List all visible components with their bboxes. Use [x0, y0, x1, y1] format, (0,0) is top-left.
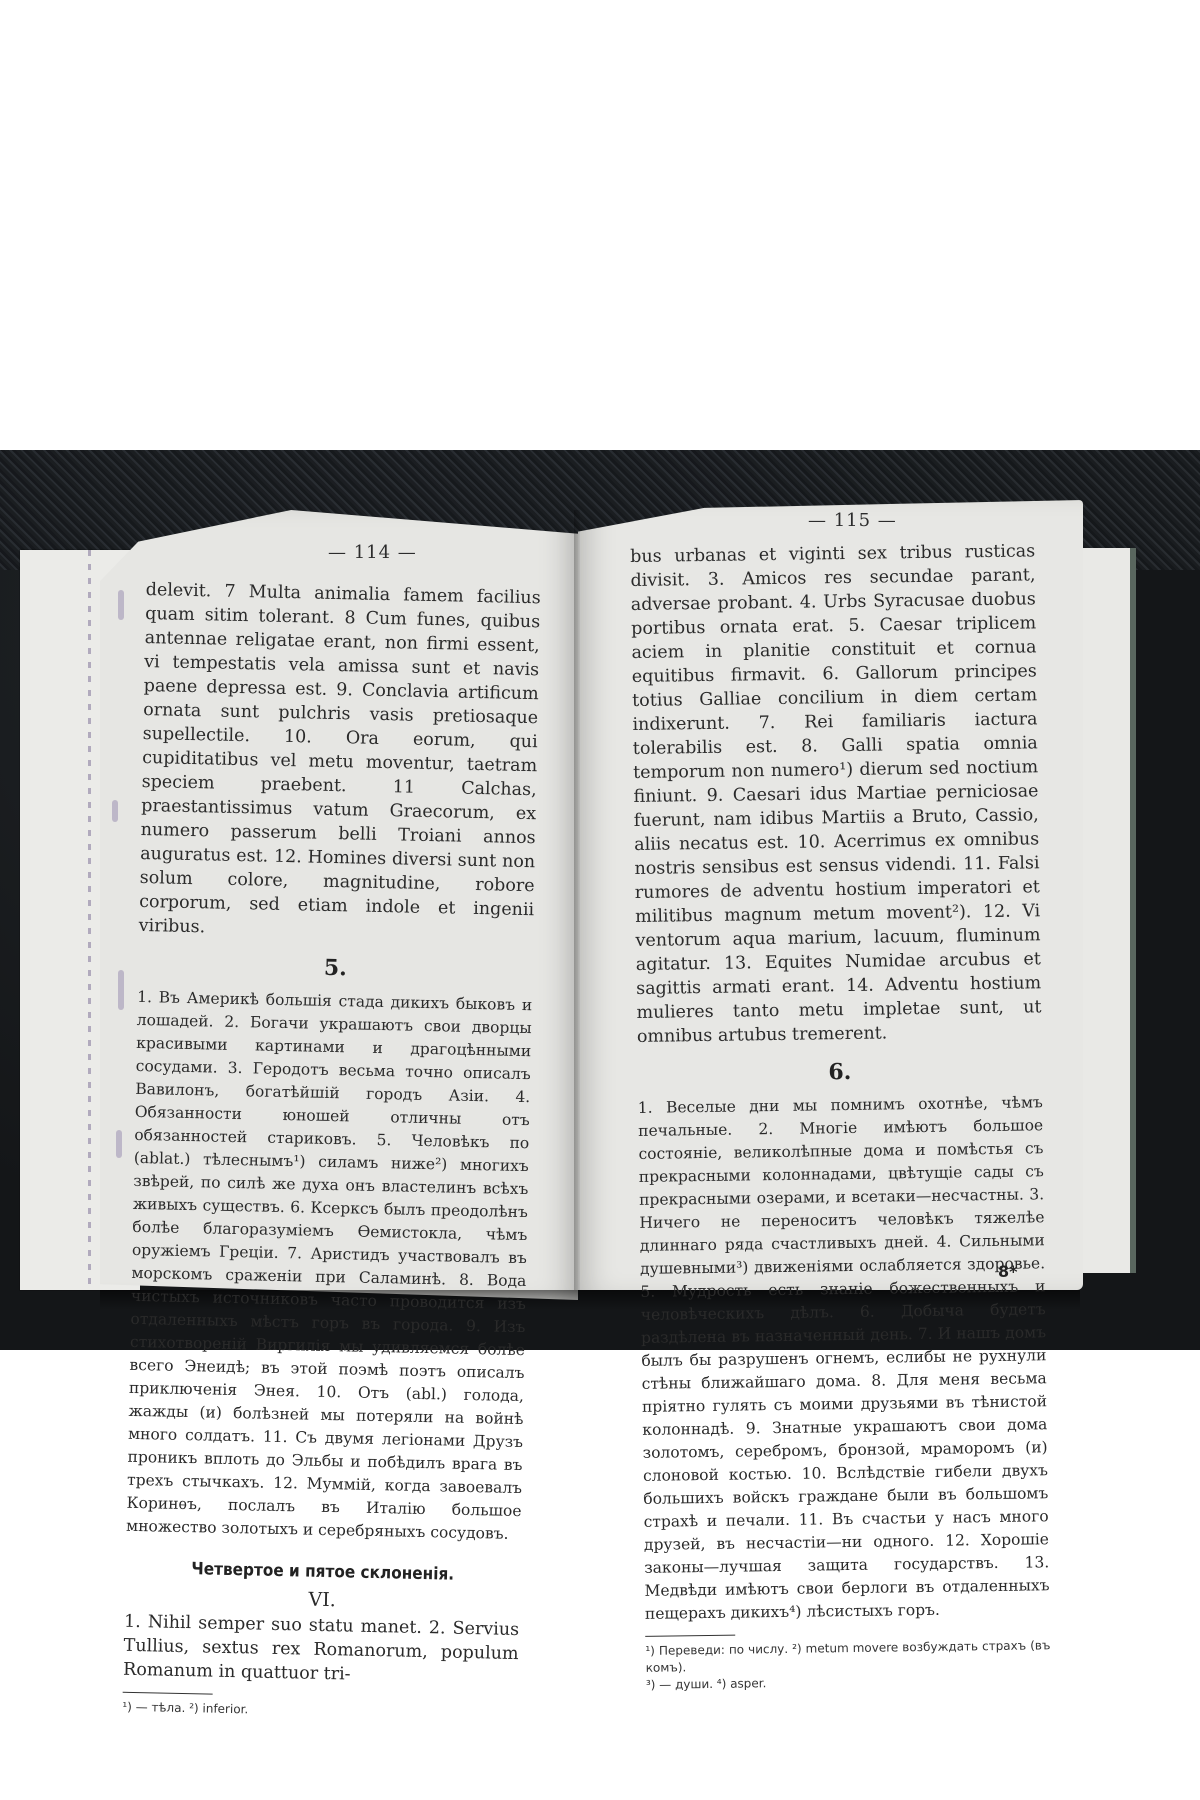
open-book: — 114 — delevit. 7 Multa animalia famem …: [0, 450, 1200, 1350]
latin-start: 1. Nihil semper suo statu manet. 2. Serv…: [123, 1610, 519, 1690]
exercise-number: 5.: [138, 952, 533, 984]
page-number-left: — 114 —: [328, 542, 417, 563]
exercise-number: 6.: [637, 1057, 1042, 1087]
footnotes: ¹) — тѣла. ²) inferior.: [122, 1699, 517, 1724]
latin-paragraph: delevit. 7 Multa animalia famem facilius…: [138, 578, 540, 946]
russian-paragraph: 1. Веселые дни мы помнимъ охотнѣе, чѣмъ …: [638, 1091, 1050, 1626]
ink-stain: [112, 800, 118, 822]
ink-stain: [118, 590, 124, 620]
russian-paragraph: 1. Въ Америкѣ большія стада дикихъ быков…: [126, 986, 532, 1546]
ink-stain: [116, 1130, 122, 1158]
right-page-text: bus urbanas et viginti sex tribus rustic…: [630, 539, 1051, 1694]
book-gutter: [574, 510, 580, 1290]
page-number-right: — 115 —: [808, 510, 897, 531]
latin-paragraph: bus urbanas et viginti sex tribus rustic…: [630, 539, 1042, 1049]
signature-mark: 8*: [998, 1262, 1018, 1281]
ink-stain: [118, 970, 124, 1010]
right-page-stack: [1080, 548, 1130, 1273]
footnote-rule: [645, 1635, 735, 1637]
book-photograph: — 114 — delevit. 7 Multa animalia famem …: [0, 450, 1200, 1350]
footnote-line-1: ¹) Переведи: по числу. ²) metum movere в…: [645, 1637, 1050, 1677]
left-page-text: delevit. 7 Multa animalia famem facilius…: [122, 578, 541, 1724]
footnote-rule: [123, 1692, 213, 1695]
section-heading: Четвертое и пятое склоненія.: [145, 1556, 501, 1587]
